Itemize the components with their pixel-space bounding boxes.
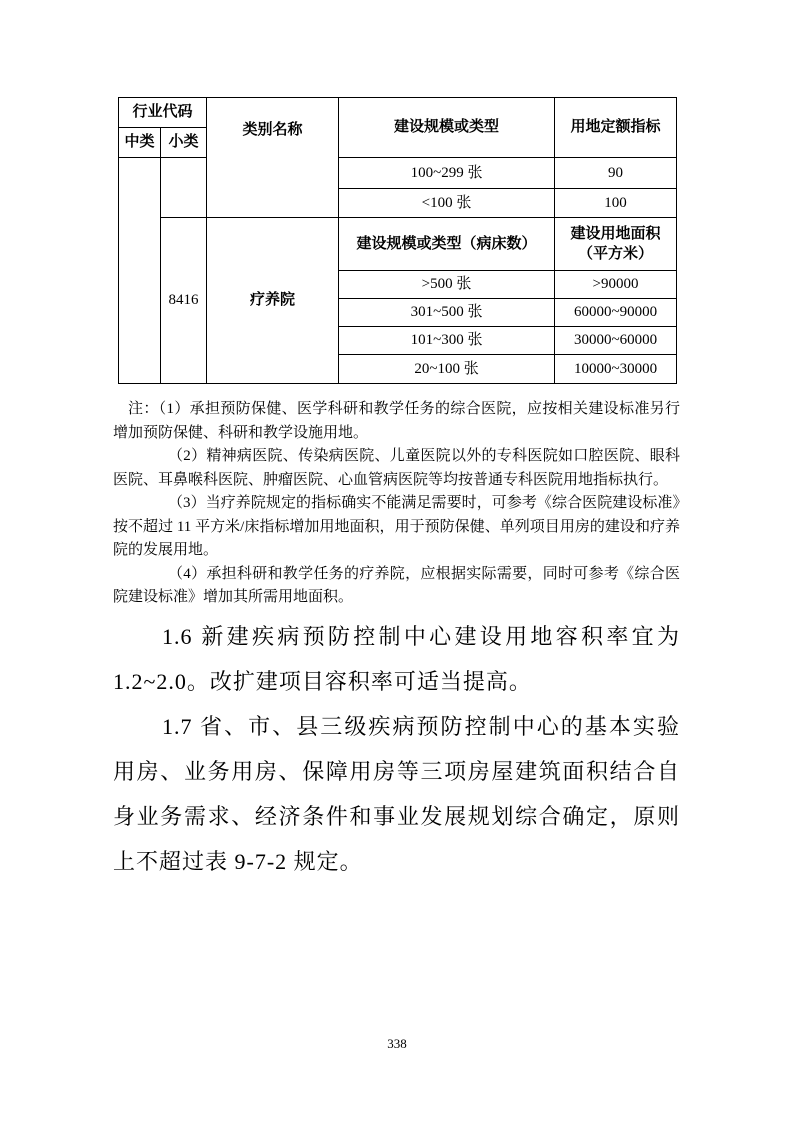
subheader-land-area: 建设用地面积（平方米） <box>555 218 677 271</box>
table-subheader-row: 8416 疗养院 建设规模或类型（病床数） 建设用地面积（平方米） <box>119 218 677 271</box>
land-quota-table: 行业代码 类别名称 建设规模或类型 用地定额指标 中类 小类 100~299 张… <box>118 97 677 384</box>
cell-scale: 101~300 张 <box>339 327 555 355</box>
cell-small-class-empty <box>161 158 207 218</box>
cell-quota: 90 <box>555 158 677 189</box>
paragraph-1-6: 1.6 新建疾病预防控制中心建设用地容积率宜为 1.2~2.0。改扩建项目容积率… <box>113 614 680 704</box>
header-scale-or-type: 建设规模或类型 <box>339 98 555 158</box>
cell-sanatorium-code: 8416 <box>161 218 207 384</box>
document-page: 行业代码 类别名称 建设规模或类型 用地定额指标 中类 小类 100~299 张… <box>0 0 794 1122</box>
table-notes: 注：（1）承担预防保健、医学科研和教学任务的综合医院，应按相关建设标准另行增加预… <box>113 398 680 610</box>
header-land-quota: 用地定额指标 <box>555 98 677 158</box>
cell-area: >90000 <box>555 271 677 299</box>
header-industry-code: 行业代码 <box>119 98 207 128</box>
cell-quota: 100 <box>555 189 677 218</box>
cell-scale: 301~500 张 <box>339 299 555 327</box>
table-header-row-1: 行业代码 类别名称 建设规模或类型 用地定额指标 <box>119 98 677 128</box>
note-1: 注：（1）承担预防保健、医学科研和教学任务的综合医院，应按相关建设标准另行增加预… <box>113 398 680 445</box>
cell-scale: 100~299 张 <box>339 158 555 189</box>
subheader-scale-beds: 建设规模或类型（病床数） <box>339 218 555 271</box>
note-3: （3）当疗养院规定的指标确实不能满足需要时，可参考《综合医院建设标准》按不超过 … <box>113 492 680 563</box>
header-small-class: 小类 <box>161 128 207 158</box>
cell-area: 60000~90000 <box>555 299 677 327</box>
cell-area: 30000~60000 <box>555 327 677 355</box>
header-category-name: 类别名称 <box>207 98 339 218</box>
header-mid-class: 中类 <box>119 128 161 158</box>
cell-scale: >500 张 <box>339 271 555 299</box>
cell-sanatorium-name: 疗养院 <box>207 218 339 384</box>
page-number: 338 <box>0 1036 794 1052</box>
cell-mid-class-empty <box>119 158 161 384</box>
body-paragraphs: 1.6 新建疾病预防控制中心建设用地容积率宜为 1.2~2.0。改扩建项目容积率… <box>113 614 680 884</box>
cell-scale: <100 张 <box>339 189 555 218</box>
note-2: （2）精神病医院、传染病医院、儿童医院以外的专科医院如口腔医院、眼科医院、耳鼻喉… <box>113 445 680 492</box>
table-row: 100~299 张 90 <box>119 158 677 189</box>
note-4: （4）承担科研和教学任务的疗养院，应根据实际需要，同时可参考《综合医院建设标准》… <box>113 563 680 610</box>
page-content: 行业代码 类别名称 建设规模或类型 用地定额指标 中类 小类 100~299 张… <box>113 97 680 884</box>
cell-scale: 20~100 张 <box>339 355 555 384</box>
paragraph-1-7: 1.7 省、市、县三级疾病预防控制中心的基本实验用房、业务用房、保障用房等三项房… <box>113 704 680 884</box>
cell-area: 10000~30000 <box>555 355 677 384</box>
